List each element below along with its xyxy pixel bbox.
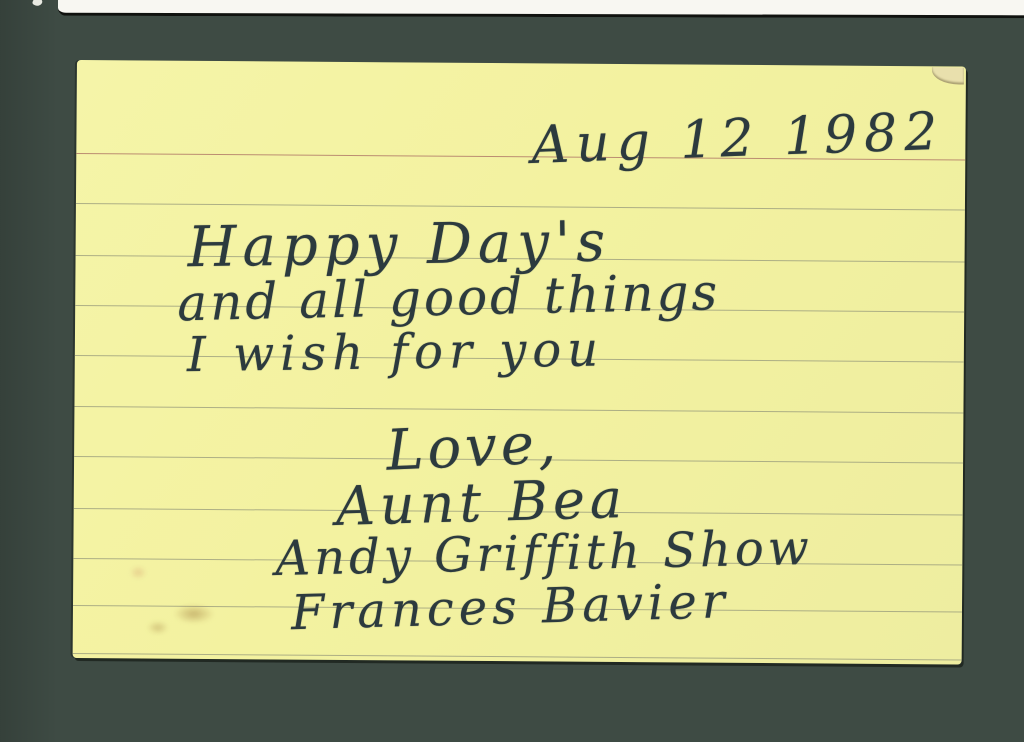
paper-edge-top [58, 0, 1024, 18]
index-card: Aug 12 1982 Happy Day's and all good thi… [73, 60, 966, 665]
scan-speck [32, 0, 44, 8]
stain [147, 621, 169, 635]
ruled-line [73, 653, 962, 661]
handwritten-date: Aug 12 1982 [531, 102, 946, 176]
note-line-i-wish-for-you: I wish for you [187, 322, 605, 384]
signature-frances-bavier: Frances Bavier [290, 573, 730, 641]
card-corner-chip [932, 67, 964, 84]
stain [129, 565, 147, 579]
stain [173, 604, 215, 624]
note-line-andy-griffith-show: Andy Griffith Show [275, 520, 813, 587]
ruled-line [76, 203, 965, 211]
scan-background: Aug 12 1982 Happy Day's and all good thi… [0, 0, 1024, 742]
note-line-all-good-things: and all good things [177, 263, 721, 332]
